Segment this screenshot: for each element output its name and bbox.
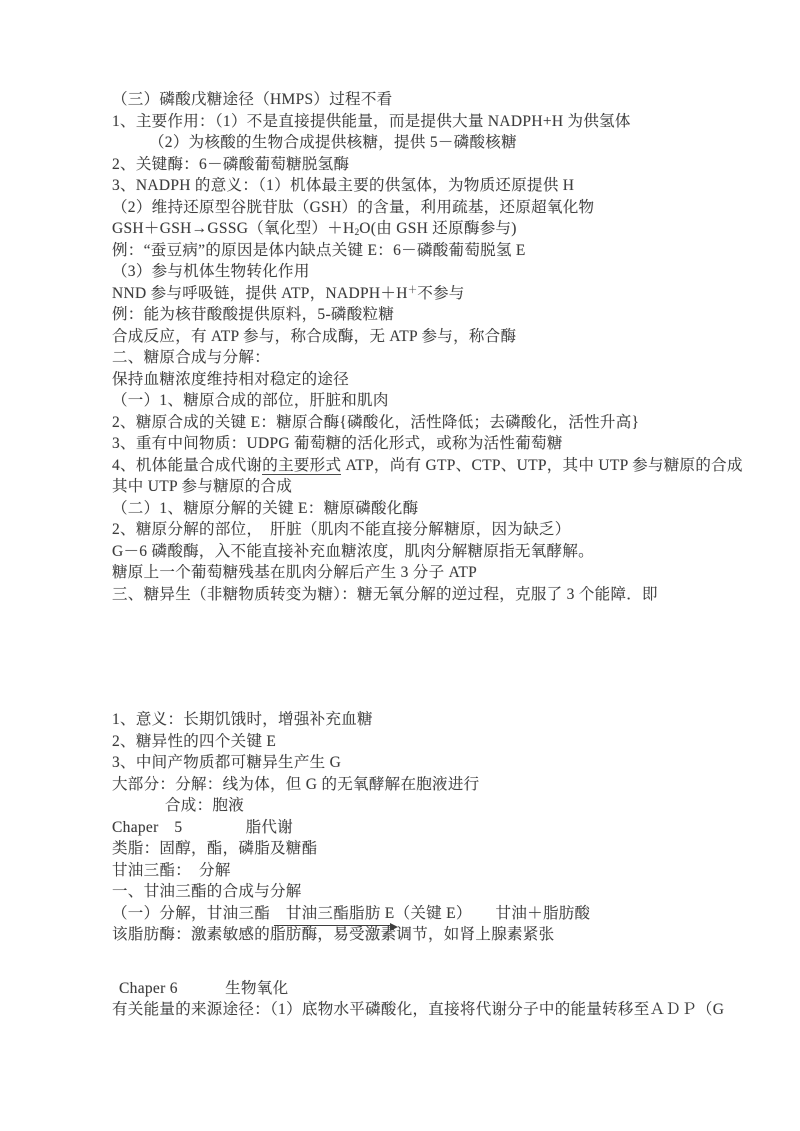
text-line: 2、糖异性的四个关键 E (112, 731, 784, 753)
text-line: 三、糖异生（非糖物质转变为糖）：糖无氧分解的逆过程，克服了 3 个能障．即 (112, 584, 784, 606)
text-line: （2）维持还原型谷胱苷肽（GSH）的含量，利用疏基，还原超氧化物 (112, 197, 784, 219)
paragraph-gap (112, 605, 784, 709)
text-segment: 二、糖原合成与分解： (112, 349, 270, 366)
text-segment: 1、意义：长期饥饿时，增强补充血糖 (112, 711, 373, 728)
text-line: 2、糖原合成的关键 E：糖原合酶{磷酸化，活性降低；去磷酸化，活性升高} (112, 412, 784, 434)
text-line: Chaper 5 脂代谢 (112, 817, 784, 839)
text-line: 甘油三酯： 分解 (112, 860, 784, 882)
text-segment: 三、糖异生（非糖物质转变为糖）：糖无氧分解的逆过程，克服了 3 个能障．即 (112, 586, 658, 603)
text-segment: 4、机体能量合成代谢 (112, 457, 262, 474)
reaction-arrow-label: 甘油三酯脂肪 E (286, 903, 395, 925)
text-line: 3、重有中间物质：UDPG 葡萄糖的活化形式，或称为活性葡萄糖 (112, 433, 784, 455)
text-segment: Chaper 6 生物氧化 (119, 980, 288, 997)
text-segment: 甘油三酯： 分解 (112, 862, 231, 879)
text-segment: O(由 GSH 还原酶参与) (359, 220, 516, 237)
document-page: （三）磷酸戊糖途径（HMPS）过程不看1、主要作用：（1）不是直接提供能量，而是… (0, 0, 800, 1131)
underlined-text: 的主要形式 (262, 457, 341, 475)
text-segment: （2）为核酸的生物合成提供核糖，提供 5－磷酸核糖 (149, 134, 517, 151)
document-body: （三）磷酸戊糖途径（HMPS）过程不看1、主要作用：（1）不是直接提供能量，而是… (112, 89, 784, 1021)
text-segment: 类脂：固醇，酯，磷脂及糖酯 (112, 840, 317, 857)
text-line: 大部分：分解：线为体，但 G 的无氧酵解在胞液进行 (112, 774, 784, 796)
text-segment: G－6 磷酸酶，入不能直接补充血糖浓度，肌肉分解糖原指无氧酵解。 (112, 543, 594, 560)
text-segment: 3、NADPH 的意义：（1）机体最主要的供氢体，为物质还原提供 H (112, 177, 574, 194)
text-segment: 其中 UTP 参与糖原的合成 (112, 478, 292, 495)
text-line: （三）磷酸戊糖途径（HMPS）过程不看 (112, 89, 784, 111)
text-line: （一）1、糖原合成的部位，肝脏和肌肉 (112, 390, 784, 412)
text-segment: 1、主要作用：（1）不是直接提供能量，而是提供大量 NADPH+H 为供氢体 (112, 113, 631, 130)
text-segment: 2、糖原合成的关键 E：糖原合酶{磷酸化，活性降低；去磷酸化，活性升高} (112, 414, 639, 431)
text-segment: （二）1、糖原分解的关键 E：糖原磷酸化酶 (112, 500, 418, 517)
text-line: 3、NADPH 的意义：（1）机体最主要的供氢体，为物质还原提供 H (112, 175, 784, 197)
text-segment: 有关能量的来源途径：（1）底物水平磷酸化，直接将代谢分子中的能量转移至ＡＤＰ（G (112, 1001, 724, 1018)
text-segment: 3、中间产物质都可糖异生产生 G (112, 754, 341, 771)
text-line: 3、中间产物质都可糖异生产生 G (112, 752, 784, 774)
text-segment: 例：“蚕豆病”的原因是体内缺点关键 E：6－磷酸葡萄脱氢 E (112, 242, 526, 259)
text-line: GSH＋GSH→GSSG（氧化型）＋H2O(由 GSH 还原酶参与) (112, 218, 784, 240)
text-segment: （2）维持还原型谷胱苷肽（GSH）的含量，利用疏基，还原超氧化物 (112, 199, 594, 216)
text-line: （一）分解，甘油三酯 甘油三酯脂肪 E（关键 E） 甘油＋脂肪酸 (112, 903, 784, 925)
text-segment: ATP，尚有 GTP、CTP、UTP，其中 UTP 参与糖原的合成 (341, 457, 742, 474)
text-line: 例：“蚕豆病”的原因是体内缺点关键 E：6－磷酸葡萄脱氢 E (112, 240, 784, 262)
text-segment: （一）分解，甘油三酯 (112, 905, 286, 922)
text-segment: 一、甘油三酯的合成与分解 (112, 883, 302, 900)
text-segment: 保持血糖浓度维持相对稳定的途径 (112, 371, 349, 388)
text-segment: 3、重有中间物质：UDPG 葡萄糖的活化形式，或称为活性葡萄糖 (112, 435, 563, 452)
text-line: 一、甘油三酯的合成与分解 (112, 881, 784, 903)
text-segment: 合成：胞液 (165, 797, 244, 814)
text-line: 合成反应，有 ATP 参与，称合成酶，无 ATP 参与，称合酶 (112, 326, 784, 348)
text-segment: 合成反应，有 ATP 参与，称合成酶，无 ATP 参与，称合酶 (112, 328, 516, 345)
text-line: 1、主要作用：（1）不是直接提供能量，而是提供大量 NADPH+H 为供氢体 (112, 111, 784, 133)
text-segment: （一）1、糖原合成的部位，肝脏和肌肉 (112, 392, 389, 409)
text-line: 其中 UTP 参与糖原的合成 (112, 476, 784, 498)
text-segment: NND 参与呼吸链，提供 ATP，NADPH＋H (112, 285, 408, 302)
text-segment: 糖原上一个葡萄糖残基在肌肉分解后产生 3 分子 ATP (112, 564, 477, 581)
text-line: （2）为核酸的生物合成提供核糖，提供 5－磷酸核糖 (112, 132, 784, 154)
text-line: 保持血糖浓度维持相对稳定的途径 (112, 369, 784, 391)
text-line: 例：能为核苷酸酸提供原料，5-磷酸粒糖 (112, 304, 784, 326)
text-segment: 该脂肪酶：激素敏感的脂肪酶，易受激素调节，如肾上腺素紧张 (112, 926, 554, 943)
text-line: 该脂肪酶：激素敏感的脂肪酶，易受激素调节，如肾上腺素紧张 (112, 924, 784, 946)
text-line: 糖原上一个葡萄糖残基在肌肉分解后产生 3 分子 ATP (112, 562, 784, 584)
text-line: 2、关键酶：6－磷酸葡萄糖脱氢酶 (112, 154, 784, 176)
text-line: NND 参与呼吸链，提供 ATP，NADPH＋H＋不参与 (112, 283, 784, 305)
text-segment: ＋ (408, 286, 418, 296)
text-segment: 2、糖异性的四个关键 E (112, 733, 276, 750)
text-line: （3）参与机体生物转化作用 (112, 261, 784, 283)
text-line: 1、意义：长期饥饿时，增强补充血糖 (112, 709, 784, 731)
text-segment: 例：能为核苷酸酸提供原料，5-磷酸粒糖 (112, 306, 394, 323)
text-segment: （关键 E） 甘油＋脂肪酸 (395, 905, 591, 922)
text-segment: 2、关键酶：6－磷酸葡萄糖脱氢酶 (112, 156, 349, 173)
text-segment: GSH＋GSH→GSSG（氧化型）＋H (112, 220, 355, 237)
text-segment: 大部分：分解：线为体，但 G 的无氧酵解在胞液进行 (112, 776, 479, 793)
text-line: 二、糖原合成与分解： (112, 347, 784, 369)
text-line: 2、糖原分解的部位， 肝脏（肌肉不能直接分解糖原，因为缺乏） (112, 519, 784, 541)
text-line: Chaper 6 生物氧化 (112, 978, 784, 1000)
text-line: 有关能量的来源途径：（1）底物水平磷酸化，直接将代谢分子中的能量转移至ＡＤＰ（G (112, 999, 784, 1021)
text-segment: （三）磷酸戊糖途径（HMPS）过程不看 (112, 91, 392, 108)
text-segment: Chaper 5 脂代谢 (112, 819, 293, 836)
text-segment: （3）参与机体生物转化作用 (112, 263, 310, 280)
text-line: 4、机体能量合成代谢的主要形式 ATP，尚有 GTP、CTP、UTP，其中 UT… (112, 455, 784, 477)
text-line: （二）1、糖原分解的关键 E：糖原磷酸化酶 (112, 498, 784, 520)
text-line: 类脂：固醇，酯，磷脂及糖酯 (112, 838, 784, 860)
text-segment: 不参与 (417, 285, 464, 302)
paragraph-gap (112, 946, 784, 978)
text-segment: 2、糖原分解的部位， 肝脏（肌肉不能直接分解糖原，因为缺乏） (112, 521, 571, 538)
text-line: 合成：胞液 (112, 795, 784, 817)
text-line: G－6 磷酸酶，入不能直接补充血糖浓度，肌肉分解糖原指无氧酵解。 (112, 541, 784, 563)
